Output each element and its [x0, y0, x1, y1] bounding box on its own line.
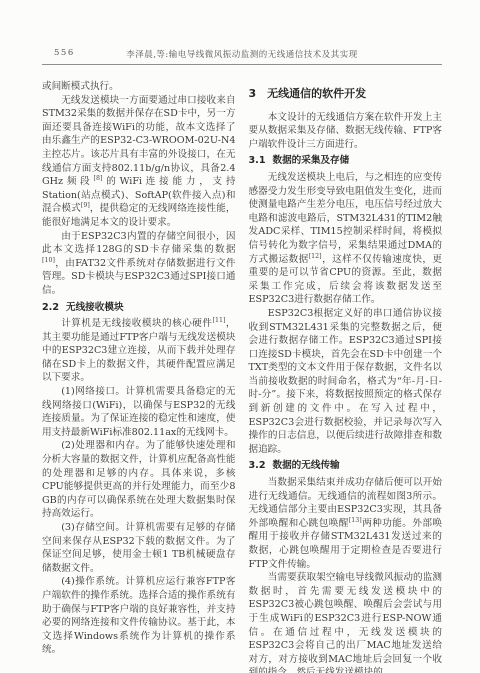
running-title: 李泽晨,等:输电导线微风振动监测的无线通信技术及其实现	[42, 48, 442, 60]
section-number: 3	[249, 87, 257, 100]
paragraph: 当需要获取架空输电导线微风振动的监测数据时，首先需要无线发送模块中的ESP32C…	[249, 571, 443, 673]
citation-marker: [9]	[81, 202, 90, 209]
left-column: 或间断模式执行。无线发送模块一方面要通过串口接收来自STM32采集的数据并保存在…	[42, 80, 236, 673]
paragraph: (2)处理器和内存。为了能够快速处理和分析大容量的数据文件，计算机应配备高性能的…	[42, 439, 236, 521]
paragraph: 无线发送模块一方面要通过串口接收来自STM32采集的数据并保存在SD卡中，另一方…	[42, 94, 236, 230]
paragraph: 由于ESP32C3内置的存储空间很小，因此本文选择128G的SD卡存储采集的数据…	[42, 230, 236, 298]
paragraph: 无线发送模块上电后，与之相连的应变传感器受力发生形变导致电阻值发生变化，进而使测…	[249, 171, 443, 307]
paragraph: (4)操作系统。计算机应运行兼容FTP客户端软件的操作系统。选择合适的操作系统有…	[42, 575, 236, 657]
section-title: 数据的无线传输	[273, 460, 340, 471]
paragraph: 或间断模式执行。	[42, 80, 236, 94]
section-number: 3.2	[249, 460, 266, 471]
right-column: 3无线通信的软件开发本文设计的无线通信方案在软件开发上主要从数据采集及存储、数据…	[249, 80, 443, 673]
section-title: 无线接收模块	[66, 302, 124, 313]
page-number: 556	[54, 48, 75, 58]
two-column-body: 或间断模式执行。无线发送模块一方面要通过串口接收来自STM32采集的数据并保存在…	[42, 80, 442, 673]
section-title: 数据的采集及存储	[273, 155, 350, 166]
citation-marker: [10]	[42, 257, 55, 264]
paragraph: (3)存储空间。计算机需要有足够的存储空间来保存从ESP32下载的数据文件。为了…	[42, 521, 236, 575]
section-heading: 2.2无线接收模块	[42, 301, 236, 315]
paragraph: (1)网络接口。计算机需要具备稳定的无线网络接口(WiFi)，以确保与ESP32…	[42, 385, 236, 439]
citation-marker: [12]	[309, 252, 322, 259]
section-number: 2.2	[42, 302, 59, 313]
section-number: 3.1	[249, 155, 266, 166]
citation-marker: [13]	[349, 517, 362, 524]
section-heading: 3.2数据的无线传输	[249, 459, 443, 473]
citation-marker: [8]	[94, 175, 103, 182]
paragraph: 当数据采集结束并成功存储后便可以开始进行无线通信。无线通信的流程如图3所示。无线…	[249, 476, 443, 571]
paragraph: 本文设计的无线通信方案在软件开发上主要从数据采集及存储、数据无线传输、FTP客户…	[249, 111, 443, 152]
citation-marker: [11]	[212, 317, 225, 324]
section-heading: 3无线通信的软件开发	[249, 87, 443, 101]
paragraph: 计算机是无线接收模块的核心硬件[11]，其主要功能是通过FTP客户端与无线发送模…	[42, 317, 236, 385]
page-header: 556 李泽晨,等:输电导线微风振动监测的无线通信技术及其实现	[42, 48, 442, 61]
paper-page: 556 李泽晨,等:输电导线微风振动监测的无线通信技术及其实现 或间断模式执行。…	[0, 0, 480, 673]
paragraph: ESP32C3根据定义好的串口通信协议接收到STM32L431采集的完整数据之后…	[249, 307, 443, 457]
section-heading: 3.1数据的采集及存储	[249, 154, 443, 168]
section-title: 无线通信的软件开发	[267, 87, 366, 100]
header-rule	[42, 64, 442, 65]
